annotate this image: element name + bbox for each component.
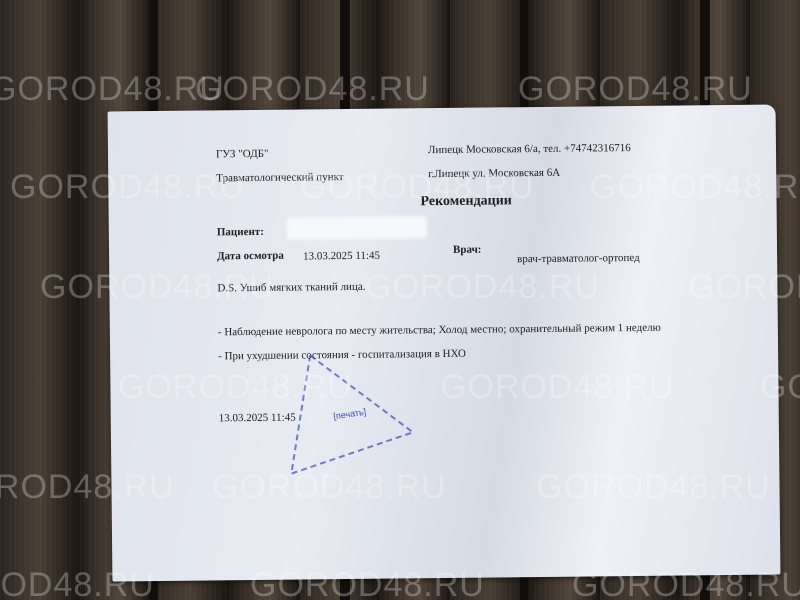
doctor-label: Врач: xyxy=(453,244,482,256)
document-title: Рекомендации xyxy=(420,193,511,210)
recommendation-sheet: ГУЗ "ОДБ" Травматологический пункт Липец… xyxy=(108,105,781,582)
patient-label: Пациент: xyxy=(217,226,264,238)
exam-date-value: 13.03.2025 11:45 xyxy=(303,250,380,263)
diagnosis: D.S. Ушиб мягких тканий лица. xyxy=(217,281,365,295)
org-name: ГУЗ "ОДБ" xyxy=(216,148,269,161)
doctor-value: врач-травматолог-ортопед xyxy=(517,252,640,265)
exam-date-label: Дата осмотра xyxy=(217,250,284,263)
patient-name-redaction xyxy=(287,216,427,239)
address-line-2: г.Липецк ул. Московская 6А xyxy=(428,167,560,180)
recommendation-item: - Наблюдение невролога по месту жительст… xyxy=(218,322,661,339)
address-line-1: Липецк Московская 6/а, тел. +74742316716 xyxy=(428,142,631,156)
department: Травматологический пункт xyxy=(216,171,343,184)
